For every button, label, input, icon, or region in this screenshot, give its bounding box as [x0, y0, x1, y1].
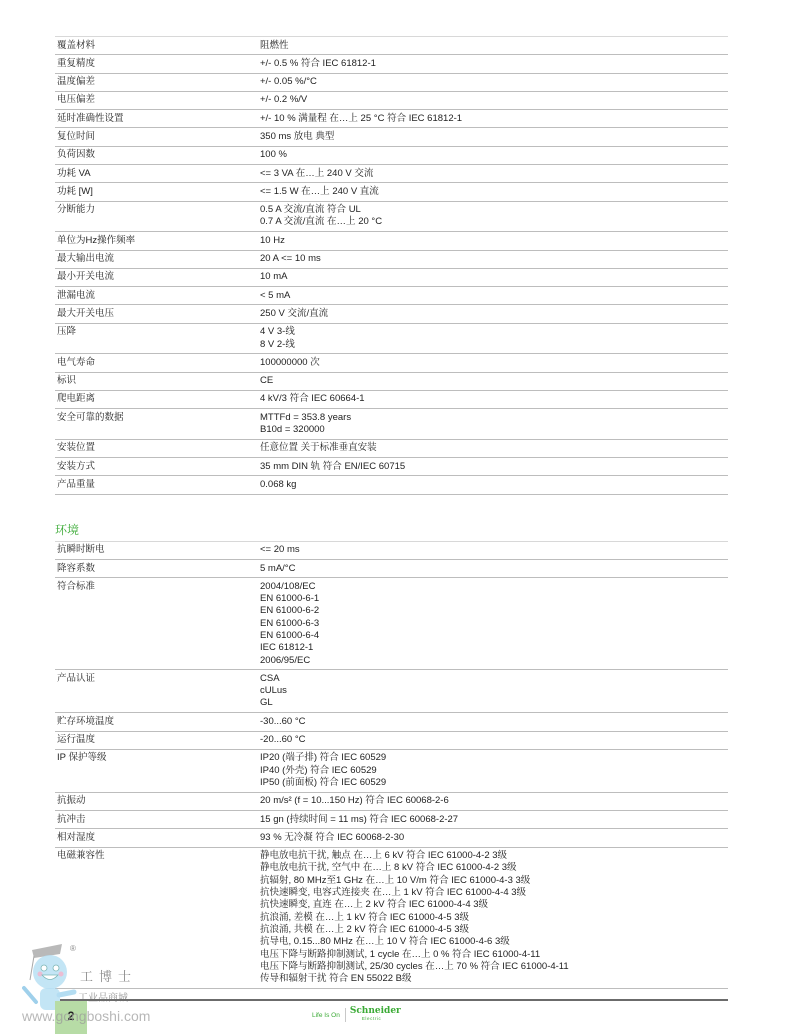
spec-row: 抗瞬时断电<= 20 ms: [55, 541, 728, 559]
spec-value-line: +/- 0.2 %/V: [260, 94, 726, 106]
spec-row: 电压偏差+/- 0.2 %/V: [55, 91, 728, 109]
spec-value-line: IP40 (外壳) 符合 IEC 60529: [260, 765, 726, 777]
spec-value: IP20 (端子排) 符合 IEC 60529IP40 (外壳) 符合 IEC …: [258, 749, 728, 792]
spec-value: MTTFd = 353.8 yearsB10d = 320000: [258, 409, 728, 440]
spec-label: 产品认证: [55, 670, 258, 713]
spec-label: 功耗 VA: [55, 165, 258, 183]
spec-label: 功耗 [W]: [55, 183, 258, 201]
spec-value-line: <= 1.5 W 在…上 240 V 直流: [260, 186, 726, 198]
spec-value: 4 kV/3 符合 IEC 60664-1: [258, 390, 728, 408]
spec-value: 20 m/s² (f = 10...150 Hz) 符合 IEC 60068-2…: [258, 792, 728, 810]
spec-value-line: <= 20 ms: [260, 544, 726, 556]
spec-row: 复位时间350 ms 放电 典型: [55, 128, 728, 146]
spec-value: <= 3 VA 在…上 240 V 交流: [258, 165, 728, 183]
spec-row: 最小开关电流10 mA: [55, 268, 728, 286]
spec-label: 抗冲击: [55, 811, 258, 829]
environment-table-body: 抗瞬时断电<= 20 ms降容系数5 mA/°C符合标准2004/108/ECE…: [55, 541, 728, 988]
spec-label: 相对湿度: [55, 829, 258, 847]
spec-value-line: 阻燃性: [260, 40, 726, 52]
spec-row: 电气寿命100000000 次: [55, 354, 728, 372]
spec-row: 安全可靠的数据MTTFd = 353.8 yearsB10d = 320000: [55, 409, 728, 440]
spec-row: 分断能力0.5 A 交流/直流 符合 UL0.7 A 交流/直流 在…上 20 …: [55, 201, 728, 232]
spec-label: 复位时间: [55, 128, 258, 146]
spec-value: 0.5 A 交流/直流 符合 UL0.7 A 交流/直流 在…上 20 °C: [258, 201, 728, 232]
spec-value: 350 ms 放电 典型: [258, 128, 728, 146]
spec-value: 5 mA/°C: [258, 560, 728, 578]
spec-row: 单位为Hz操作频率10 Hz: [55, 232, 728, 250]
spec-value-line: 15 gn (持续时间 = 11 ms) 符合 IEC 60068-2-27: [260, 814, 726, 826]
spec-label: 降容系数: [55, 560, 258, 578]
spec-value-line: 20 m/s² (f = 10...150 Hz) 符合 IEC 60068-2…: [260, 795, 726, 807]
spec-value: 2004/108/ECEN 61000-6-1EN 61000-6-2EN 61…: [258, 578, 728, 670]
spec-value: +/- 0.2 %/V: [258, 91, 728, 109]
spec-value-line: 电压下降与断路抑制测试, 25/30 cycles 在…上 70 % 符合 IE…: [260, 961, 726, 973]
spec-label: IP 保护等级: [55, 749, 258, 792]
spec-value-line: IP50 (前面板) 符合 IEC 60529: [260, 777, 726, 789]
spec-value-line: 抗快速瞬变, 直连 在…上 2 kV 符合 IEC 61000-4-4 3级: [260, 899, 726, 911]
spec-value-line: B10d = 320000: [260, 424, 726, 436]
spec-value-line: 5 mA/°C: [260, 563, 726, 575]
spec-value-line: 4 kV/3 符合 IEC 60664-1: [260, 393, 726, 405]
spec-value-line: 93 % 无冷凝 符合 IEC 60068-2-30: [260, 832, 726, 844]
spec-value: 250 V 交流/直流: [258, 305, 728, 323]
spec-label: 分断能力: [55, 201, 258, 232]
spec-row: 最大开关电压250 V 交流/直流: [55, 305, 728, 323]
schneider-logo: Schneider Electric: [350, 1008, 401, 1022]
spec-table-body: 覆盖材料阻燃性重复精度+/- 0.5 % 符合 IEC 61812-1温度偏差+…: [55, 37, 728, 495]
spec-value: 35 mm DIN 轨 符合 EN/IEC 60715: [258, 458, 728, 476]
spec-label: 重复精度: [55, 55, 258, 73]
spec-label: 安全可靠的数据: [55, 409, 258, 440]
spec-value-line: 10 mA: [260, 271, 726, 283]
spec-value: +/- 10 % 满量程 在…上 25 °C 符合 IEC 61812-1: [258, 110, 728, 128]
spec-value: 0.068 kg: [258, 476, 728, 494]
spec-row: 贮存环境温度-30...60 °C: [55, 713, 728, 731]
spec-value-line: 抗浪涌, 共模 在…上 2 kV 符合 IEC 61000-4-5 3级: [260, 924, 726, 936]
spec-value-line: 10 Hz: [260, 235, 726, 247]
spec-value-line: 0.7 A 交流/直流 在…上 20 °C: [260, 216, 726, 228]
spec-value-line: 抗浪涌, 差模 在…上 1 kV 符合 IEC 61000-4-5 3级: [260, 912, 726, 924]
watermark-name: 工博士: [80, 966, 137, 985]
spec-value: 任意位置 关于标准垂直安装: [258, 439, 728, 457]
spec-value-line: 静电放电抗干扰, 触点 在…上 6 kV 符合 IEC 61000-4-2 3级: [260, 850, 726, 862]
section-title-text: 环境: [55, 523, 79, 537]
spec-value-line: -30...60 °C: [260, 716, 726, 728]
spec-label: 最大开关电压: [55, 305, 258, 323]
spec-value: CE: [258, 372, 728, 390]
spec-row: 泄漏电流< 5 mA: [55, 287, 728, 305]
spec-value-line: 100 %: [260, 149, 726, 161]
spec-value-line: +/- 10 % 满量程 在…上 25 °C 符合 IEC 61812-1: [260, 113, 726, 125]
spec-value-line: <= 3 VA 在…上 240 V 交流: [260, 168, 726, 180]
spec-value-line: 抗导电, 0.15...80 MHz 在…上 10 V 符合 IEC 61000…: [260, 936, 726, 948]
spec-value: CSAcULusGL: [258, 670, 728, 713]
spec-value-line: EN 61000-6-4: [260, 630, 726, 642]
spec-value-line: 8 V 2-线: [260, 339, 726, 351]
brand-footer: Life Is On Schneider Electric: [312, 1006, 401, 1024]
brand-name: Schneider: [350, 1008, 401, 1015]
spec-label: 最大输出电流: [55, 250, 258, 268]
spec-value: 100 %: [258, 146, 728, 164]
spec-label: 产品重量: [55, 476, 258, 494]
spec-value: -20...60 °C: [258, 731, 728, 749]
spec-value: 10 mA: [258, 268, 728, 286]
spec-value-line: 任意位置 关于标准垂直安装: [260, 442, 726, 454]
spec-value-line: 抗快速瞬变, 电容式连接夹 在…上 1 kV 符合 IEC 61000-4-4 …: [260, 887, 726, 899]
spec-label: 安装方式: [55, 458, 258, 476]
spec-value: 10 Hz: [258, 232, 728, 250]
spec-value-line: 250 V 交流/直流: [260, 308, 726, 320]
spec-row: IP 保护等级IP20 (端子排) 符合 IEC 60529IP40 (外壳) …: [55, 749, 728, 792]
spec-label: 符合标准: [55, 578, 258, 670]
spec-row: 重复精度+/- 0.5 % 符合 IEC 61812-1: [55, 55, 728, 73]
spec-value: 20 A <= 10 ms: [258, 250, 728, 268]
spec-row: 抗冲击15 gn (持续时间 = 11 ms) 符合 IEC 60068-2-2…: [55, 811, 728, 829]
spec-value-line: 4 V 3-线: [260, 326, 726, 338]
spec-value-line: +/- 0.05 %/°C: [260, 76, 726, 88]
spec-value-line: 20 A <= 10 ms: [260, 253, 726, 265]
spec-label: 最小开关电流: [55, 268, 258, 286]
spec-value-line: -20...60 °C: [260, 734, 726, 746]
spec-value: 阻燃性: [258, 37, 728, 55]
footer-divider: [60, 999, 728, 1001]
spec-value-line: 2004/108/EC: [260, 581, 726, 593]
spec-value-line: IEC 61812-1: [260, 642, 726, 654]
brand-sub: Electric: [362, 1015, 401, 1022]
spec-value-line: GL: [260, 697, 726, 709]
spec-value: 静电放电抗干扰, 触点 在…上 6 kV 符合 IEC 61000-4-2 3级…: [258, 847, 728, 988]
spec-row: 负荷因数100 %: [55, 146, 728, 164]
spec-row: 运行温度-20...60 °C: [55, 731, 728, 749]
section-title-environment: 环境: [55, 521, 728, 538]
spec-label: 单位为Hz操作频率: [55, 232, 258, 250]
spec-row: 延时准确性设置+/- 10 % 满量程 在…上 25 °C 符合 IEC 618…: [55, 110, 728, 128]
spec-label: 安装位置: [55, 439, 258, 457]
spec-label: 电压偏差: [55, 91, 258, 109]
spec-value-line: < 5 mA: [260, 290, 726, 302]
spec-value: 15 gn (持续时间 = 11 ms) 符合 IEC 60068-2-27: [258, 811, 728, 829]
spec-value-line: IP20 (端子排) 符合 IEC 60529: [260, 752, 726, 764]
spec-row: 符合标准2004/108/ECEN 61000-6-1EN 61000-6-2E…: [55, 578, 728, 670]
spec-value-line: CE: [260, 375, 726, 387]
watermark-url: www.gongboshi.com: [22, 1008, 150, 1024]
spec-page: 覆盖材料阻燃性重复精度+/- 0.5 % 符合 IEC 61812-1温度偏差+…: [55, 36, 728, 989]
spec-row: 产品重量0.068 kg: [55, 476, 728, 494]
spec-row: 温度偏差+/- 0.05 %/°C: [55, 73, 728, 91]
spec-value-line: EN 61000-6-2: [260, 605, 726, 617]
spec-row: 安装方式35 mm DIN 轨 符合 EN/IEC 60715: [55, 458, 728, 476]
spec-row: 功耗 VA<= 3 VA 在…上 240 V 交流: [55, 165, 728, 183]
spec-row: 覆盖材料阻燃性: [55, 37, 728, 55]
spec-value: <= 20 ms: [258, 541, 728, 559]
spec-row: 安装位置任意位置 关于标准垂直安装: [55, 439, 728, 457]
spec-value-line: 传导和辐射干扰 符合 EN 55022 B级: [260, 973, 726, 985]
spec-value: 4 V 3-线8 V 2-线: [258, 323, 728, 354]
spec-value-line: 35 mm DIN 轨 符合 EN/IEC 60715: [260, 461, 726, 473]
spec-value: < 5 mA: [258, 287, 728, 305]
spec-row: 抗振动20 m/s² (f = 10...150 Hz) 符合 IEC 6006…: [55, 792, 728, 810]
spec-row: 功耗 [W]<= 1.5 W 在…上 240 V 直流: [55, 183, 728, 201]
spec-label: 泄漏电流: [55, 287, 258, 305]
spec-value-line: 100000000 次: [260, 357, 726, 369]
spec-value: 93 % 无冷凝 符合 IEC 60068-2-30: [258, 829, 728, 847]
spec-row: 爬电距离4 kV/3 符合 IEC 60664-1: [55, 390, 728, 408]
spec-label: 压降: [55, 323, 258, 354]
spec-value-line: EN 61000-6-1: [260, 593, 726, 605]
spec-label: 抗瞬时断电: [55, 541, 258, 559]
brand-tagline: Life Is On: [312, 1012, 340, 1019]
spec-value-line: MTTFd = 353.8 years: [260, 412, 726, 424]
spec-label: 覆盖材料: [55, 37, 258, 55]
spec-value: <= 1.5 W 在…上 240 V 直流: [258, 183, 728, 201]
spec-value: -30...60 °C: [258, 713, 728, 731]
spec-value-line: 0.5 A 交流/直流 符合 UL: [260, 204, 726, 216]
spec-label: 贮存环境温度: [55, 713, 258, 731]
spec-value-line: +/- 0.5 % 符合 IEC 61812-1: [260, 58, 726, 70]
spec-label: 电气寿命: [55, 354, 258, 372]
spec-row: 最大输出电流20 A <= 10 ms: [55, 250, 728, 268]
spec-table-main: 覆盖材料阻燃性重复精度+/- 0.5 % 符合 IEC 61812-1温度偏差+…: [55, 36, 728, 495]
spec-value-line: 0.068 kg: [260, 479, 726, 491]
spec-label: 温度偏差: [55, 73, 258, 91]
spec-row: 产品认证CSAcULusGL: [55, 670, 728, 713]
spec-row: 压降4 V 3-线8 V 2-线: [55, 323, 728, 354]
spec-value-line: 350 ms 放电 典型: [260, 131, 726, 143]
spec-value: 100000000 次: [258, 354, 728, 372]
spec-value: +/- 0.05 %/°C: [258, 73, 728, 91]
spec-label: 延时准确性设置: [55, 110, 258, 128]
spec-table-environment: 抗瞬时断电<= 20 ms降容系数5 mA/°C符合标准2004/108/ECE…: [55, 541, 728, 989]
spec-value: +/- 0.5 % 符合 IEC 61812-1: [258, 55, 728, 73]
spec-label: 抗振动: [55, 792, 258, 810]
spec-row: 相对湿度93 % 无冷凝 符合 IEC 60068-2-30: [55, 829, 728, 847]
spec-row: 降容系数5 mA/°C: [55, 560, 728, 578]
spec-value-line: CSA: [260, 673, 726, 685]
spec-value-line: 抗辐射, 80 MHz至1 GHz 在…上 10 V/m 符合 IEC 6100…: [260, 875, 726, 887]
spec-value-line: EN 61000-6-3: [260, 618, 726, 630]
registered-mark: ®: [70, 944, 76, 953]
spec-row: 标识CE: [55, 372, 728, 390]
spec-value-line: 电压下降与断路抑制测试, 1 cycle 在…上 0 % 符合 IEC 6100…: [260, 949, 726, 961]
spec-label: 负荷因数: [55, 146, 258, 164]
spec-value-line: 静电放电抗干扰, 空气中 在…上 8 kV 符合 IEC 61000-4-2 3…: [260, 862, 726, 874]
brand-separator: [345, 1008, 346, 1022]
spec-value-line: 2006/95/EC: [260, 655, 726, 667]
spec-label: 爬电距离: [55, 390, 258, 408]
spec-value-line: cULus: [260, 685, 726, 697]
spec-label: 运行温度: [55, 731, 258, 749]
spec-label: 标识: [55, 372, 258, 390]
